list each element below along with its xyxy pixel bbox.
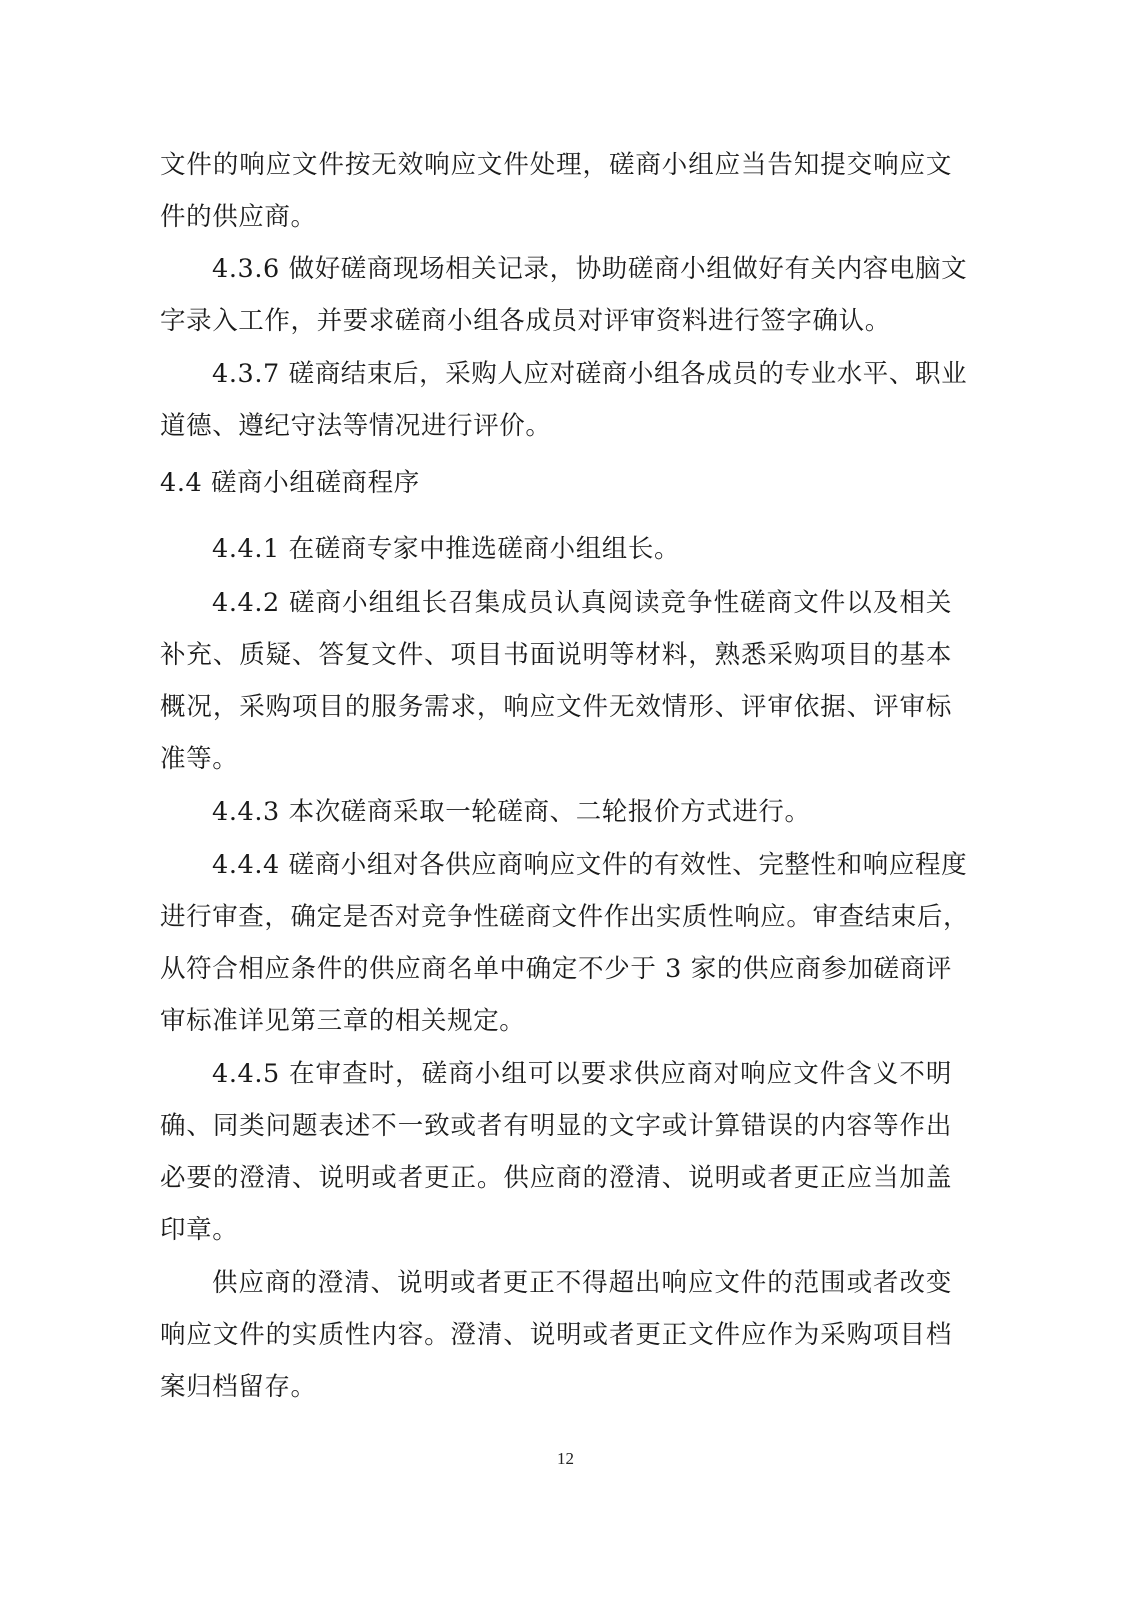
clarification-paragraph-line: 案归档留存。	[160, 1372, 317, 1402]
clause-4-4-2-line: 准等。	[160, 744, 238, 774]
clause-4-4-2-line: 概况，采购项目的服务需求，响应文件无效情形、评审依据、评审标	[160, 692, 952, 722]
clause-4-3-6-line: 4.3.6 做好磋商现场相关记录，协助磋商小组做好有关内容电脑文	[212, 254, 952, 284]
clause-4-4-5-line: 确、同类问题表述不一致或者有明显的文字或计算错误的内容等作出	[160, 1111, 952, 1141]
clause-4-4-5-line: 印章。	[160, 1215, 238, 1245]
document-page: 文件的响应文件按无效响应文件处理，磋商小组应当告知提交响应文 件的供应商。 4.…	[160, 0, 952, 1600]
clause-4-4-1-line: 4.4.1 在磋商专家中推选磋商小组组长。	[212, 534, 680, 564]
clause-4-4-2-line: 4.4.2 磋商小组组长召集成员认真阅读竞争性磋商文件以及相关	[212, 588, 952, 618]
clarification-paragraph-line: 响应文件的实质性内容。澄清、说明或者更正文件应作为采购项目档	[160, 1320, 952, 1350]
clause-4-3-7-line: 道德、遵纪守法等情况进行评价。	[160, 411, 552, 441]
clarification-paragraph-line: 供应商的澄清、说明或者更正不得超出响应文件的范围或者改变	[212, 1268, 952, 1298]
clause-4-4-3-line: 4.4.3 本次磋商采取一轮磋商、二轮报价方式进行。	[212, 797, 811, 827]
clause-4-4-4-line: 从符合相应条件的供应商名单中确定不少于 3 家的供应商参加磋商评	[160, 954, 952, 984]
clause-4-4-4-line: 4.4.4 磋商小组对各供应商响应文件的有效性、完整性和响应程度	[212, 850, 952, 880]
page-number: 12	[0, 1449, 1131, 1469]
clause-4-4-4-line: 进行审查，确定是否对竞争性磋商文件作出实质性响应。审查结束后，	[160, 902, 952, 932]
clause-4-4-5-line: 必要的澄清、说明或者更正。供应商的澄清、说明或者更正应当加盖	[160, 1163, 952, 1193]
clause-4-4-4-line: 审标准详见第三章的相关规定。	[160, 1006, 525, 1036]
paragraph-line: 件的供应商。	[160, 202, 317, 232]
clause-4-4-5-line: 4.4.5 在审查时，磋商小组可以要求供应商对响应文件含义不明	[212, 1059, 952, 1089]
paragraph-line: 文件的响应文件按无效响应文件处理，磋商小组应当告知提交响应文	[160, 150, 952, 180]
clause-4-3-7-line: 4.3.7 磋商结束后，采购人应对磋商小组各成员的专业水平、职业	[212, 359, 952, 389]
section-heading-4-4: 4.4 磋商小组磋商程序	[160, 468, 420, 498]
clause-4-3-6-line: 字录入工作，并要求磋商小组各成员对评审资料进行签字确认。	[160, 306, 891, 336]
clause-4-4-2-line: 补充、质疑、答复文件、项目书面说明等材料，熟悉采购项目的基本	[160, 640, 952, 670]
